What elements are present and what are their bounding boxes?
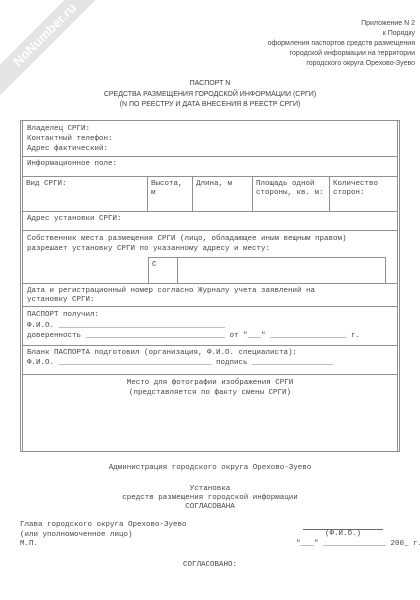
prepared-label: Бланк ПАСПОРТА подготовил (организация, … (27, 349, 393, 359)
install-address-label: Адрес установки СРГИ: (27, 215, 393, 225)
approval-line: средств размещения городской информации (0, 494, 420, 503)
permission-line: Собственник места размещения СРГИ (лицо,… (27, 234, 393, 244)
row-photo-box: Место для фотографии изображения СРГИ (п… (22, 375, 398, 451)
document-page: NoNumber.ru Приложение N 2 к Порядку офо… (0, 0, 420, 600)
page-title: ПАСПОРТ N СРЕДСТВА РАЗМЕЩЕНИЯ ГОРОДСКОЙ … (0, 79, 420, 111)
permission-line: разрешает установку СРГИ по указанному а… (27, 244, 393, 254)
row-info-field: Информационное поле: (22, 157, 398, 177)
watermark-text: NoNumber.ru (10, 0, 79, 69)
appendix-line: Приложение N 2 (268, 19, 415, 29)
passport-form-table: Владелец СРГИ: Контактный телефон: Адрес… (20, 120, 400, 452)
approval-line: СОГЛАСОВАНА (0, 503, 420, 512)
appendix-line: к Порядку (268, 29, 415, 39)
appendix-line: оформления паспортов средств размещения (268, 39, 415, 49)
received-power-of-attorney-line: доверенность ___________________________… (27, 331, 393, 342)
title-line: ПАСПОРТ N (0, 79, 420, 90)
row-passport-received: ПАСПОРТ получил: Ф.И.О. ________________… (22, 307, 398, 346)
photo-placeholder-line: (представляется по факту смены СРГИ) (27, 388, 393, 398)
head-signature-block: Глава городского округа Орехово-Зуево (и… (20, 521, 187, 550)
appendix-line: городского округа Орехово-Зуево (268, 59, 415, 69)
registration-line: Дата и регистрационный номер согласно Жу… (27, 287, 393, 296)
spec-length-label: Длина, м (193, 177, 253, 211)
title-line: (N ПО РЕЕСТРУ И ДАТА ВНЕСЕНИЯ В РЕЕСТР С… (0, 100, 420, 111)
registration-line: установку СРГИ: (27, 296, 393, 305)
row-spec: Вид СРГИ: Высота, м Длина, м Площадь одн… (22, 177, 398, 212)
photo-placeholder-line: Место для фотографии изображения СРГИ (27, 378, 393, 388)
spec-height-label: Высота, м (148, 177, 193, 211)
head-authorized-line: (или уполномоченное лицо) (20, 531, 187, 541)
prepared-fio-line: Ф.И.О. _________________________________… (27, 359, 393, 369)
stamp-place-label: М.П. (20, 540, 187, 550)
appendix-header: Приложение N 2 к Порядку оформления пасп… (268, 19, 415, 69)
head-title-line: Глава городского округа Орехово-Зуево (20, 521, 187, 531)
approval-line: Установка (0, 485, 420, 494)
received-label: ПАСПОРТ получил: (27, 310, 393, 321)
row-registration: Дата и регистрационный номер согласно Жу… (22, 284, 398, 307)
title-line: СРЕДСТВА РАЗМЕЩЕНИЯ ГОРОДСКОЙ ИНФОРМАЦИИ… (0, 90, 420, 101)
appendix-line: городской информации на территории (268, 49, 415, 59)
spec-sides-label: Количество сторон: (330, 177, 397, 211)
agreed-label: СОГЛАСОВАНО: (0, 561, 420, 569)
owner-label: Владелец СРГИ: (27, 124, 393, 134)
actual-address-label: Адрес фактический: (27, 144, 393, 154)
received-fio-line: Ф.И.О. _________________________________… (27, 321, 393, 332)
from-label: С (149, 258, 178, 283)
permission-date-box: С (148, 257, 386, 283)
row-prepared-by: Бланк ПАСПОРТА подготовил (организация, … (22, 346, 398, 375)
row-install-address: Адрес установки СРГИ: (22, 212, 398, 231)
signature-date-line: "___" ______________ 200_ г. (296, 540, 420, 548)
spec-area-label: Площадь одной стороны, кв. м: (253, 177, 330, 211)
signature-fio-label: (Ф.И.О.) (303, 530, 383, 538)
info-field-label: Информационное поле: (27, 160, 393, 170)
permission-date-field (178, 258, 385, 283)
row-permission: Собственник места размещения СРГИ (лицо,… (22, 231, 398, 284)
administration-line: Администрация городского округа Орехово-… (0, 464, 420, 472)
approval-block: Установка средств размещения городской и… (0, 485, 420, 512)
phone-label: Контактный телефон: (27, 134, 393, 144)
spec-type-label: Вид СРГИ: (23, 177, 148, 211)
row-owner: Владелец СРГИ: Контактный телефон: Адрес… (22, 121, 398, 157)
